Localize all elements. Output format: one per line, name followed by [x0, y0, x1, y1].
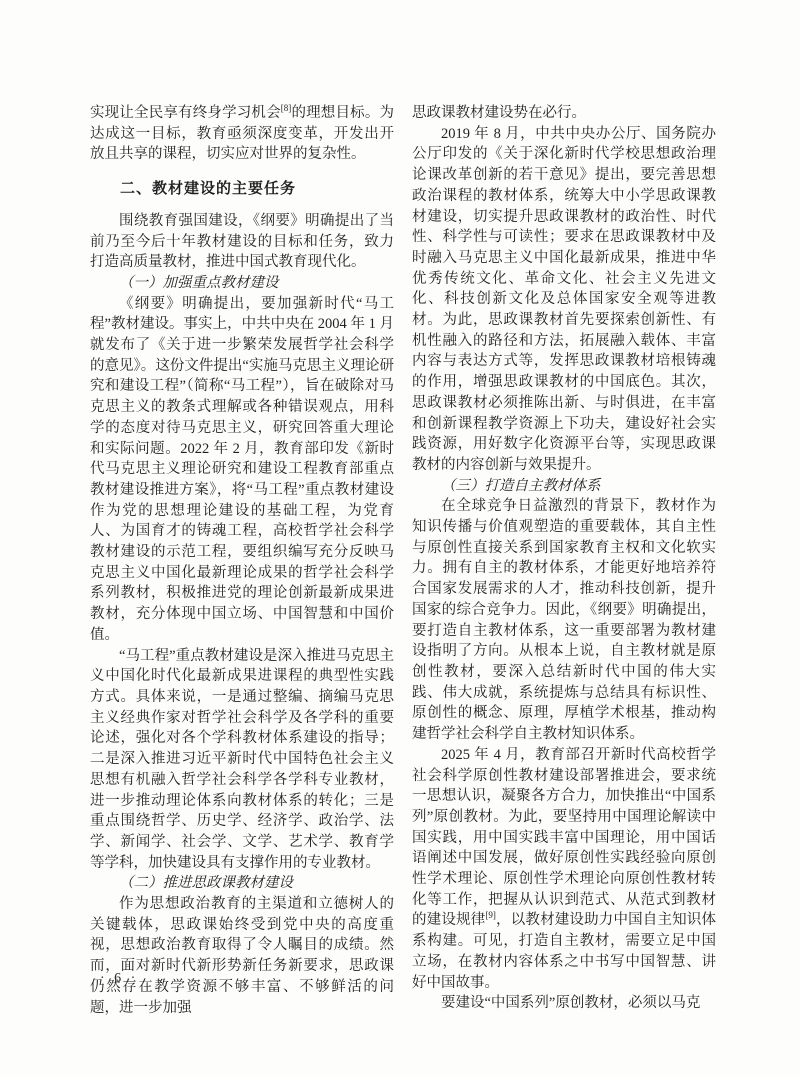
paragraph: 围绕教育强国建设，《纲要》明确提出了当前乃至今后十年教材建设的目标和任务，致力打…	[90, 211, 394, 273]
paragraph: 2025 年 4 月，教育部召开新时代高校哲学社会科学原创性教材建设部署推进会，…	[412, 745, 716, 993]
page-number: · 6 ·	[100, 971, 138, 987]
left-column: 实现让全民享有终身学习机会[8]的理想目标。为达成这一目标，教育亟须深度变革，开…	[90, 103, 394, 1018]
paragraph: 思政课教材建设势在必行。	[412, 103, 716, 124]
paragraph: 《纲要》明确提出，要加强新时代“马工程”教材建设。事实上，中共中央在 2004 …	[90, 294, 394, 646]
section-heading: 二、教材建设的主要任务	[90, 179, 394, 200]
subsection-heading: （一）加强重点教材建设	[90, 273, 394, 294]
document-page: 实现让全民享有终身学习机会[8]的理想目标。为达成这一目标，教育亟须深度变革，开…	[0, 0, 800, 1077]
paragraph: 在全球竞争日益激烈的背景下，教材作为知识传播与价值观塑造的重要载体，其自主性与原…	[412, 496, 716, 744]
paragraph: 作为思想政治教育的主渠道和立德树人的关键载体，思政课始终受到党中央的高度重视，思…	[90, 894, 394, 1018]
footnote-reference: [9]	[485, 911, 496, 921]
right-column: 思政课教材建设势在必行。2019 年 8 月，中共中央办公厅、国务院办公厅印发的…	[412, 103, 716, 1014]
paragraph: 要建设“中国系列”原创教材，必须以马克	[412, 993, 716, 1014]
footnote-reference: [8]	[281, 103, 292, 113]
paragraph: 2019 年 8 月，中共中央办公厅、国务院办公厅印发的《关于深化新时代学校思想…	[412, 124, 716, 476]
paragraph: “马工程”重点教材建设是深入推进马克思主义中国化时代化最新成果进课程的典型性实践…	[90, 646, 394, 874]
subsection-heading: （三）打造自主教材体系	[412, 476, 716, 497]
paragraph: 实现让全民享有终身学习机会[8]的理想目标。为达成这一目标，教育亟须深度变革，开…	[90, 103, 394, 165]
subsection-heading: （二）推进思政课教材建设	[90, 873, 394, 894]
